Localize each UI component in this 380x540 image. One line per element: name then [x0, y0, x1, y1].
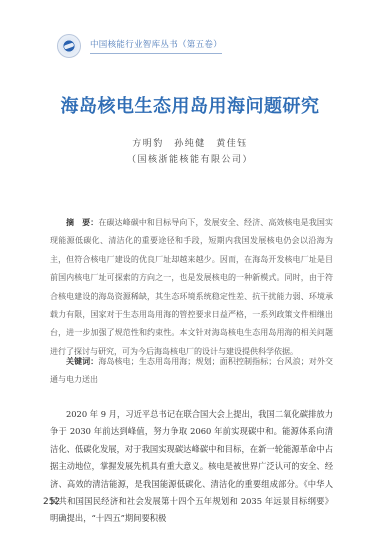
abstract-text: 在碳达峰碳中和目标导向下，发展安全、经济、高效核电是我国实现能源低碳化、清洁化的… [50, 218, 333, 356]
keywords-label: 关键词： [66, 356, 98, 366]
body-paragraph: 2020 年 9 月，习近平总书记在联合国大会上提出，我国二氧化碳排放力争于 2… [50, 406, 333, 528]
abstract-label: 摘 要： [66, 217, 98, 227]
keywords: 关键词：海岛核电；生态用岛用海；规划；面积控制指标；台风浪；对外交通与电力送出 [50, 352, 333, 389]
article-title: 海岛核电生态用岛用海问题研究 [0, 92, 380, 118]
article-authors: 方明豹 孙纯健 黄佳钰 [0, 136, 380, 149]
abstract: 摘 要：在碳达峰碳中和目标导向下，发展安全、经济、高效核电是我国实现能源低碳化、… [50, 213, 333, 361]
nuclear-society-logo-icon [57, 34, 81, 58]
page-number: 252 [43, 497, 60, 507]
author-affiliation: （国核浙能核能有限公司） [0, 152, 380, 165]
series-title: 中国核能行业智库丛书（第五卷） [90, 38, 222, 54]
page-header: 中国核能行业智库丛书（第五卷） [57, 34, 222, 58]
